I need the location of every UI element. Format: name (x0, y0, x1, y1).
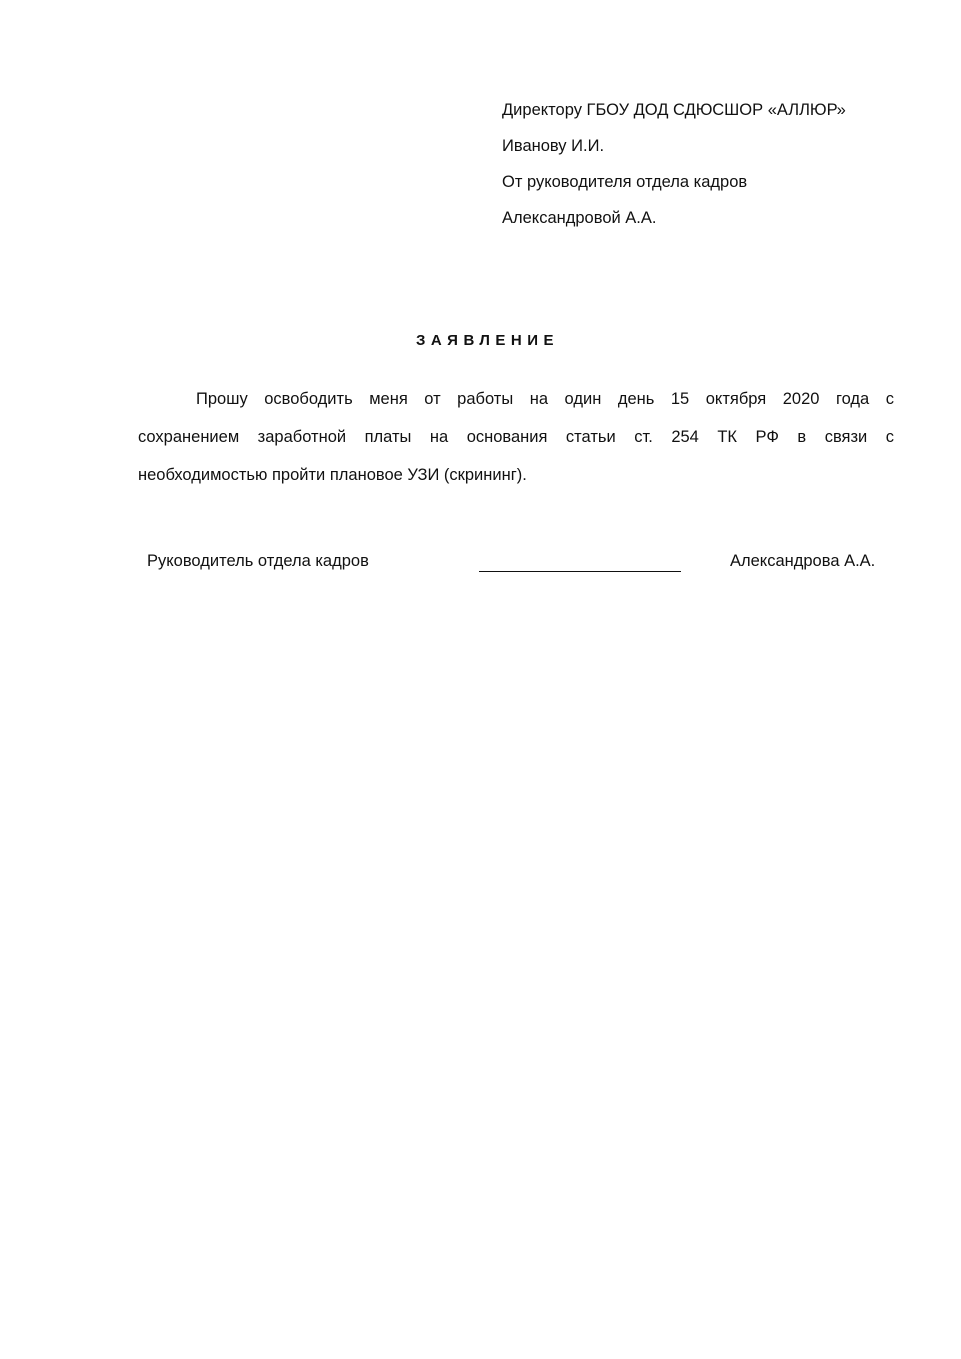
body-line: сохранением заработной платы на основани… (138, 418, 894, 456)
signature-block: Руководитель отдела кадров Александрова … (0, 552, 961, 582)
signature-name: Александрова А.А. (730, 552, 875, 571)
document-page: Директору ГБОУ ДОД СДЮСШОР «АЛЛЮР» Ивано… (0, 0, 961, 1359)
signature-role: Руководитель отдела кадров (147, 552, 369, 571)
addressee-block: Директору ГБОУ ДОД СДЮСШОР «АЛЛЮР» Ивано… (502, 92, 846, 236)
addressee-line-director-name: Иванову И.И. (502, 128, 846, 164)
addressee-line-from: От руководителя отдела кадров (502, 164, 846, 200)
body-line: Прошу освободить меня от работы на один … (138, 380, 894, 418)
statement-body: Прошу освободить меня от работы на один … (138, 380, 894, 494)
signature-line (479, 571, 681, 572)
body-line: необходимостью пройти плановое УЗИ (скри… (138, 456, 894, 494)
addressee-line-sender-name: Александровой А.А. (502, 200, 846, 236)
addressee-line-director: Директору ГБОУ ДОД СДЮСШОР «АЛЛЮР» (502, 92, 846, 128)
document-title: ЗАЯВЛЕНИЕ (0, 332, 961, 349)
